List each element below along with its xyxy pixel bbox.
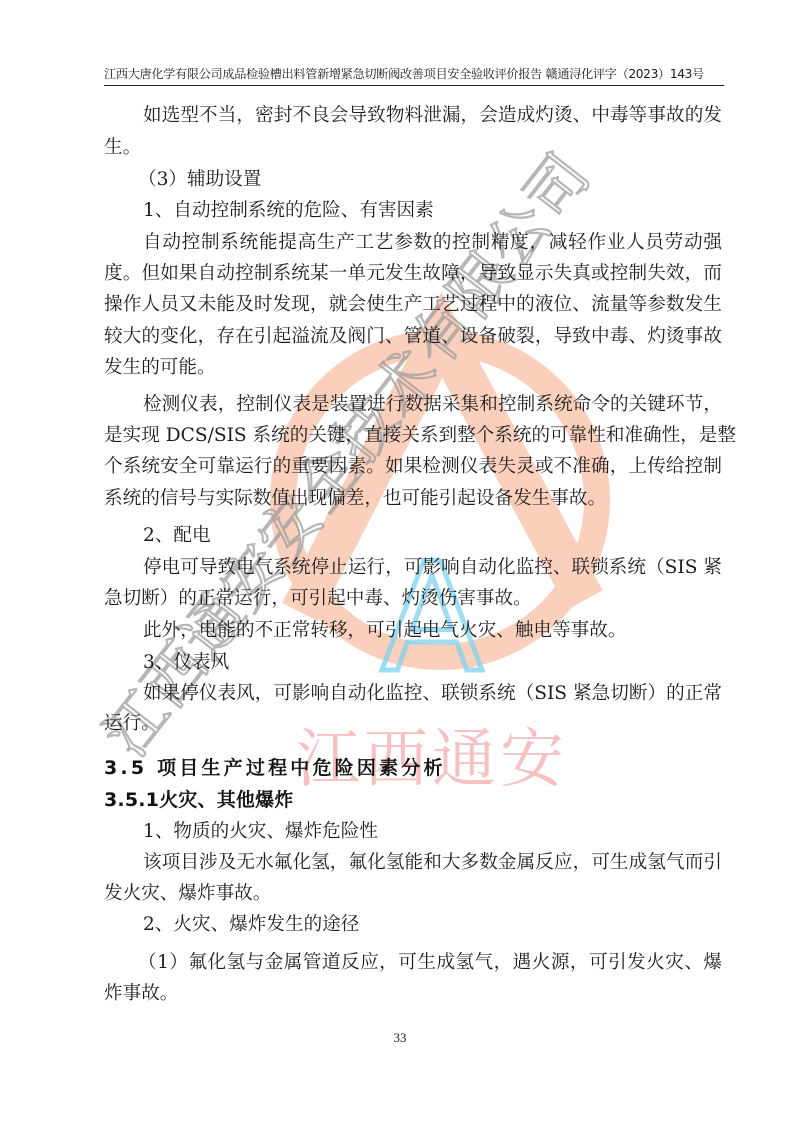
paragraph-line: 系统的信号与实际数值出现偏差，也可能引起设备发生事故。: [104, 483, 606, 514]
paragraph-line: （1）氟化氢与金属管道反应，可生成氢气，遇火源，可引发火灾、爆: [138, 947, 722, 978]
document-header: 江西大唐化学有限公司成品检验槽出料管新增紧急切断阀改善项目安全验收评价报告 赣通…: [104, 66, 724, 86]
paragraph-line: 操作人员又未能及时发现，就会使生产工艺过程中的液位、流量等参数发生: [104, 289, 722, 320]
paragraph-line: 个系统安全可靠运行的重要因素。如果检测仪表失灵或不准确，上传给控制: [104, 451, 722, 482]
item-heading: 3、仪表风: [143, 647, 229, 678]
paragraph-line: 自动控制系统能提高生产工艺参数的控制精度，减轻作业人员劳动强: [143, 227, 722, 258]
paragraph-line: 如果停仪表风，可影响自动化监控、联锁系统（SIS 紧急切断）的正常: [143, 678, 722, 709]
subsection-heading: （3）辅助设置: [138, 164, 261, 195]
item-heading: 1、物质的火灾、爆炸危险性: [143, 816, 378, 847]
paragraph-line: 发火灾、爆炸事故。: [104, 878, 271, 909]
paragraph-line: 是实现 DCS/SIS 系统的关键，直接关系到整个系统的可靠性和准确性，是整: [104, 420, 722, 451]
item-heading: 2、火灾、爆炸发生的途径: [143, 909, 359, 940]
paragraph-line: 运行。: [104, 708, 160, 739]
page-number: 33: [0, 1030, 800, 1046]
paragraph-line: 此外，电能的不正常转移，可引起电气火灾、触电等事故。: [143, 615, 626, 646]
item-heading: 1、自动控制系统的危险、有害因素: [143, 195, 434, 226]
paragraph-line: 急切断）的正常运行，可引起中毒、灼烫伤害事故。: [104, 583, 532, 614]
document-page: A 江西通安安全技术有限公司 江西通安 江西大唐化学有限公司成品检验槽出料管新增…: [0, 0, 800, 1131]
paragraph-line: 该项目涉及无水氟化氢，氟化氢能和大多数金属反应，可生成氢气而引: [143, 847, 722, 878]
paragraph-line: 度。但如果自动控制系统某一单元发生故障，导致显示失真或控制失效，而: [104, 258, 722, 289]
subsection-heading: 3.5.1火灾、其他爆炸: [104, 785, 294, 816]
paragraph-line: 检测仪表，控制仪表是装置进行数据采集和控制系统命令的关键环节，: [143, 389, 722, 420]
paragraph-line: 较大的变化，存在引起溢流及阀门、管道、设备破裂，导致中毒、灼烫事故: [104, 321, 722, 352]
paragraph-line: 停电可导致电气系统停止运行，可影响自动化监控、联锁系统（SIS 紧: [143, 552, 722, 583]
paragraph-line: 生。: [104, 132, 141, 163]
paragraph-line: 如选型不当，密封不良会导致物料泄漏，会造成灼烫、中毒等事故的发: [143, 100, 722, 131]
item-heading: 2、配电: [143, 520, 211, 551]
paragraph-line: 炸事故。: [104, 978, 178, 1009]
section-heading: 3.5 项目生产过程中危险因素分析: [104, 753, 446, 784]
paragraph-line: 发生的可能。: [104, 352, 216, 383]
